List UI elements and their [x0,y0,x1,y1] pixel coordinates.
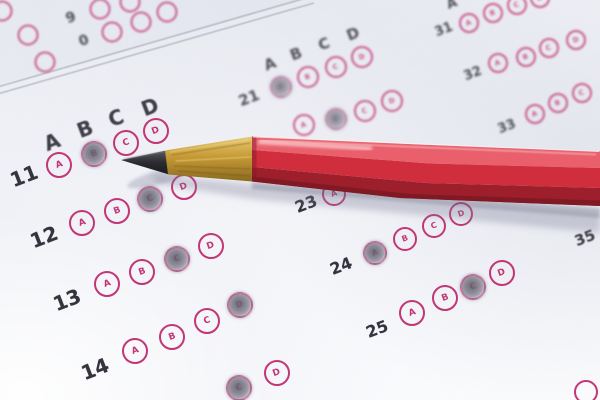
answer-sheet-photo: 90ABCDABCDA11ABCD12ABCD13ABCD14ABCDCD21A… [0,0,600,400]
pencil-graphite-tip [121,151,169,175]
paint-collar [252,137,257,182]
red-pencil [0,0,600,400]
